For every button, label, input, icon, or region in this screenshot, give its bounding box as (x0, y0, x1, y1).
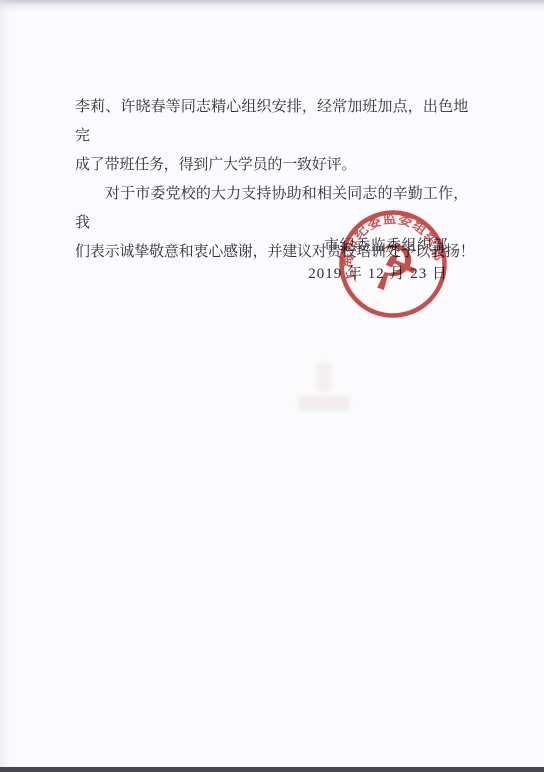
scan-top-edge-shadow (0, 0, 544, 11)
bleed-through-smudge (298, 396, 350, 411)
scan-left-edge-shadow (0, 0, 10, 772)
letter-line: 李莉、许晓春等同志精心组织安排，经常加班加点，出色地完 (75, 93, 468, 151)
signature-date: 2019 年 12 月 23 日 (308, 260, 448, 288)
letter-line: 成了带班任务，得到广大学员的一致好评。 (75, 151, 468, 180)
signature-block: 市纪委监委组织部 2019 年 12 月 23 日 (308, 232, 448, 288)
scanned-document-page: 李莉、许晓春等同志精心组织安排，经常加班加点，出色地完 成了带班任务，得到广大学… (0, 0, 544, 772)
letter-line: 对于市委党校的大力支持协助和相关同志的辛勤工作，我 (75, 180, 468, 238)
scan-bottom-edge-bar (0, 767, 544, 772)
bleed-through-smudge (316, 362, 332, 392)
signature-organization: 市纪委监委组织部 (308, 232, 448, 260)
